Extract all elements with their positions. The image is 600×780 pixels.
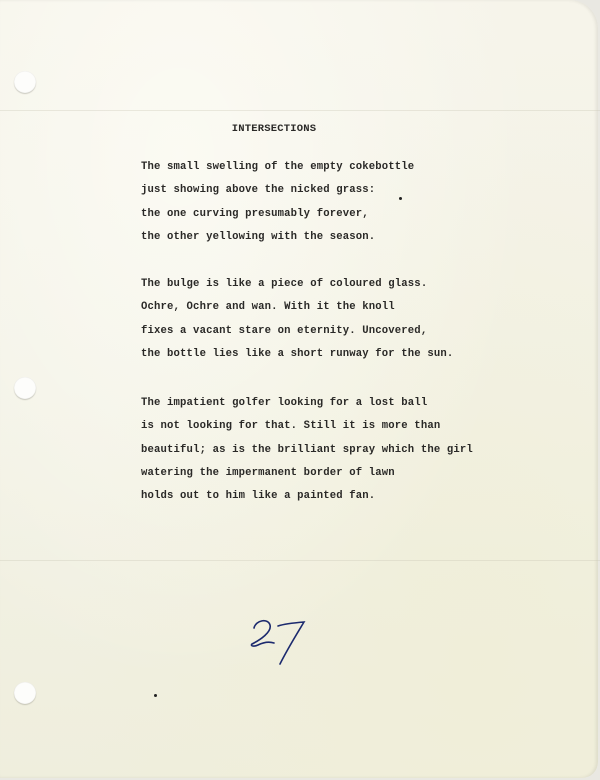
poem-line: watering the impermanent border of lawn [141, 462, 473, 485]
poem-line: is not looking for that. Still it is mor… [141, 415, 473, 438]
punch-hole-top [14, 71, 36, 93]
poem-line: The small swelling of the empty cokebott… [141, 156, 414, 179]
ink-speck [399, 197, 402, 200]
handwritten-page-number: 27 [246, 614, 316, 674]
poem-line: holds out to him like a painted fan. [141, 485, 473, 508]
stanza-3: The impatient golfer looking for a lost … [141, 392, 473, 508]
poem-line: the bottle lies like a short runway for … [141, 343, 453, 366]
poem-line: just showing above the nicked grass: [141, 179, 414, 202]
poem-title: INTERSECTIONS [0, 123, 548, 135]
poem-line: fixes a vacant stare on eternity. Uncove… [141, 320, 453, 343]
paper-crease [0, 110, 600, 111]
poem-line: Ochre, Ochre and wan. With it the knoll [141, 296, 453, 319]
ink-speck [154, 694, 157, 697]
paper-crease [0, 560, 600, 561]
poem-line: beautiful; as is the brilliant spray whi… [141, 439, 473, 462]
poem-line: The bulge is like a piece of coloured gl… [141, 273, 453, 296]
poem-line: The impatient golfer looking for a lost … [141, 392, 473, 415]
poem-line: the other yellowing with the season. [141, 226, 414, 249]
scanned-page: INTERSECTIONS The small swelling of the … [0, 0, 598, 778]
stanza-2: The bulge is like a piece of coloured gl… [141, 273, 453, 366]
punch-hole-bottom [14, 682, 36, 704]
poem-line: the one curving presumably forever, [141, 203, 414, 226]
punch-hole-middle [14, 377, 36, 399]
stanza-1: The small swelling of the empty cokebott… [141, 156, 414, 249]
